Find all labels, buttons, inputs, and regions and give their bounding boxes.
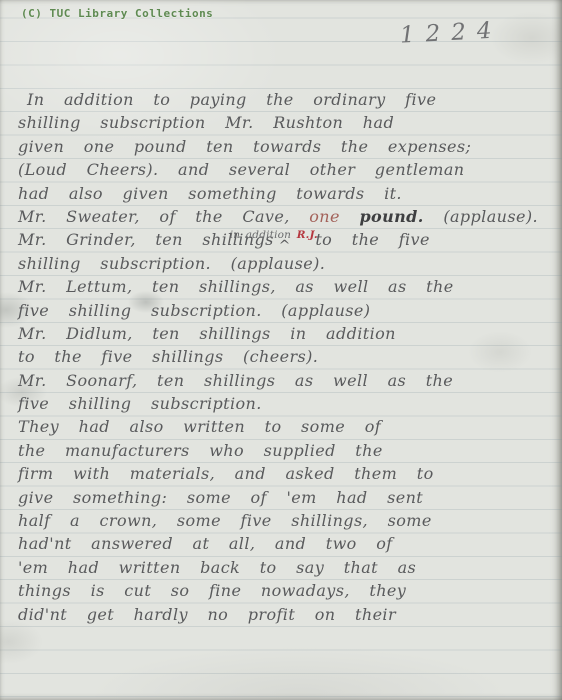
manuscript-segment: Mr. Didlum, ten shillings in addition [18, 324, 396, 343]
manuscript-segment: 'em had written back to say that as [18, 558, 416, 577]
manuscript-segment: Mr. Lettum, ten shillings, as well as th… [18, 277, 454, 296]
manuscript-line: shilling subscription Mr. Rushton had [18, 111, 556, 134]
manuscript-line: In addition to paying the ordinary five [18, 88, 556, 111]
manuscript-line: had also given something towards it. [18, 182, 556, 205]
manuscript-line: shilling subscription. (applause). [18, 252, 556, 275]
manuscript-line: firm with materials, and asked them to [18, 462, 556, 485]
manuscript-segment: five shilling subscription. [18, 394, 262, 413]
manuscript-segment: half a crown, some five shillings, some [18, 511, 432, 530]
inline-insertion: in addition R.J.^ [274, 228, 296, 253]
manuscript-line: 'em had written back to say that as [18, 556, 556, 579]
manuscript-segment: had'nt answered at all, and two of [18, 534, 393, 553]
manuscript-line: Mr. Soonarf, ten shillings as well as th… [18, 369, 556, 392]
manuscript-line: the manufacturers who supplied the [18, 439, 556, 462]
manuscript-segment: one [309, 207, 340, 226]
manuscript-line: half a crown, some five shillings, some [18, 509, 556, 532]
manuscript-line: given one pound ten towards the expenses… [18, 135, 556, 158]
manuscript-segment: the manufacturers who supplied the [18, 441, 383, 460]
manuscript-line: five shilling subscription. (applause) [18, 299, 556, 322]
manuscript-segment: In addition to paying the ordinary five [27, 90, 436, 109]
manuscript-line: had'nt answered at all, and two of [18, 532, 556, 555]
manuscript-segment: Mr. Soonarf, ten shillings as well as th… [18, 371, 453, 390]
manuscript-segment: things is cut so fine nowadays, they [18, 581, 406, 600]
manuscript-line: Mr. Sweater, of the Cave, one pound. (ap… [18, 205, 556, 228]
manuscript-segment: shilling subscription. (applause). [18, 254, 325, 273]
manuscript-segment [340, 207, 360, 226]
manuscript-page: (C) TUC Library Collections 1224 In addi… [0, 0, 562, 700]
manuscript-line: things is cut so fine nowadays, they [18, 579, 556, 602]
manuscript-line: Mr. Grinder, ten shillingsin addition R.… [18, 228, 556, 251]
editor-initials: R.J. [297, 229, 318, 241]
manuscript-line: five shilling subscription. [18, 392, 556, 415]
manuscript-line: give something: some of 'em had sent [18, 486, 556, 509]
page-number: 1224 [399, 17, 503, 48]
manuscript-segment: to the five shillings (cheers). [18, 347, 318, 366]
manuscript-text: In addition to paying the ordinary fives… [18, 88, 556, 626]
manuscript-segment: shilling subscription Mr. Rushton had [18, 113, 394, 132]
manuscript-segment: given one pound ten towards the expenses… [18, 137, 471, 156]
manuscript-line: Mr. Didlum, ten shillings in addition [18, 322, 556, 345]
caret-mark: ^ [279, 238, 291, 254]
manuscript-segment: (Loud Cheers). and several other gentlem… [18, 160, 464, 179]
manuscript-segment: give something: some of 'em had sent [18, 488, 423, 507]
manuscript-line: They had also written to some of [18, 415, 556, 438]
manuscript-segment: did'nt get hardly no profit on their [18, 605, 396, 624]
library-watermark: (C) TUC Library Collections [21, 7, 213, 20]
manuscript-segment: (applause). [424, 207, 538, 226]
manuscript-segment: five shilling subscription. (applause) [18, 301, 370, 320]
manuscript-line: to the five shillings (cheers). [18, 345, 556, 368]
manuscript-segment: Mr. Sweater, of the Cave, [18, 207, 309, 226]
manuscript-line: did'nt get hardly no profit on their [18, 603, 556, 626]
manuscript-segment: pound. [359, 207, 423, 226]
manuscript-segment: had also given something towards it. [18, 184, 402, 203]
manuscript-line: Mr. Lettum, ten shillings, as well as th… [18, 275, 556, 298]
manuscript-segment: firm with materials, and asked them to [18, 464, 434, 483]
manuscript-line: (Loud Cheers). and several other gentlem… [18, 158, 556, 181]
manuscript-segment: They had also written to some of [18, 417, 381, 436]
